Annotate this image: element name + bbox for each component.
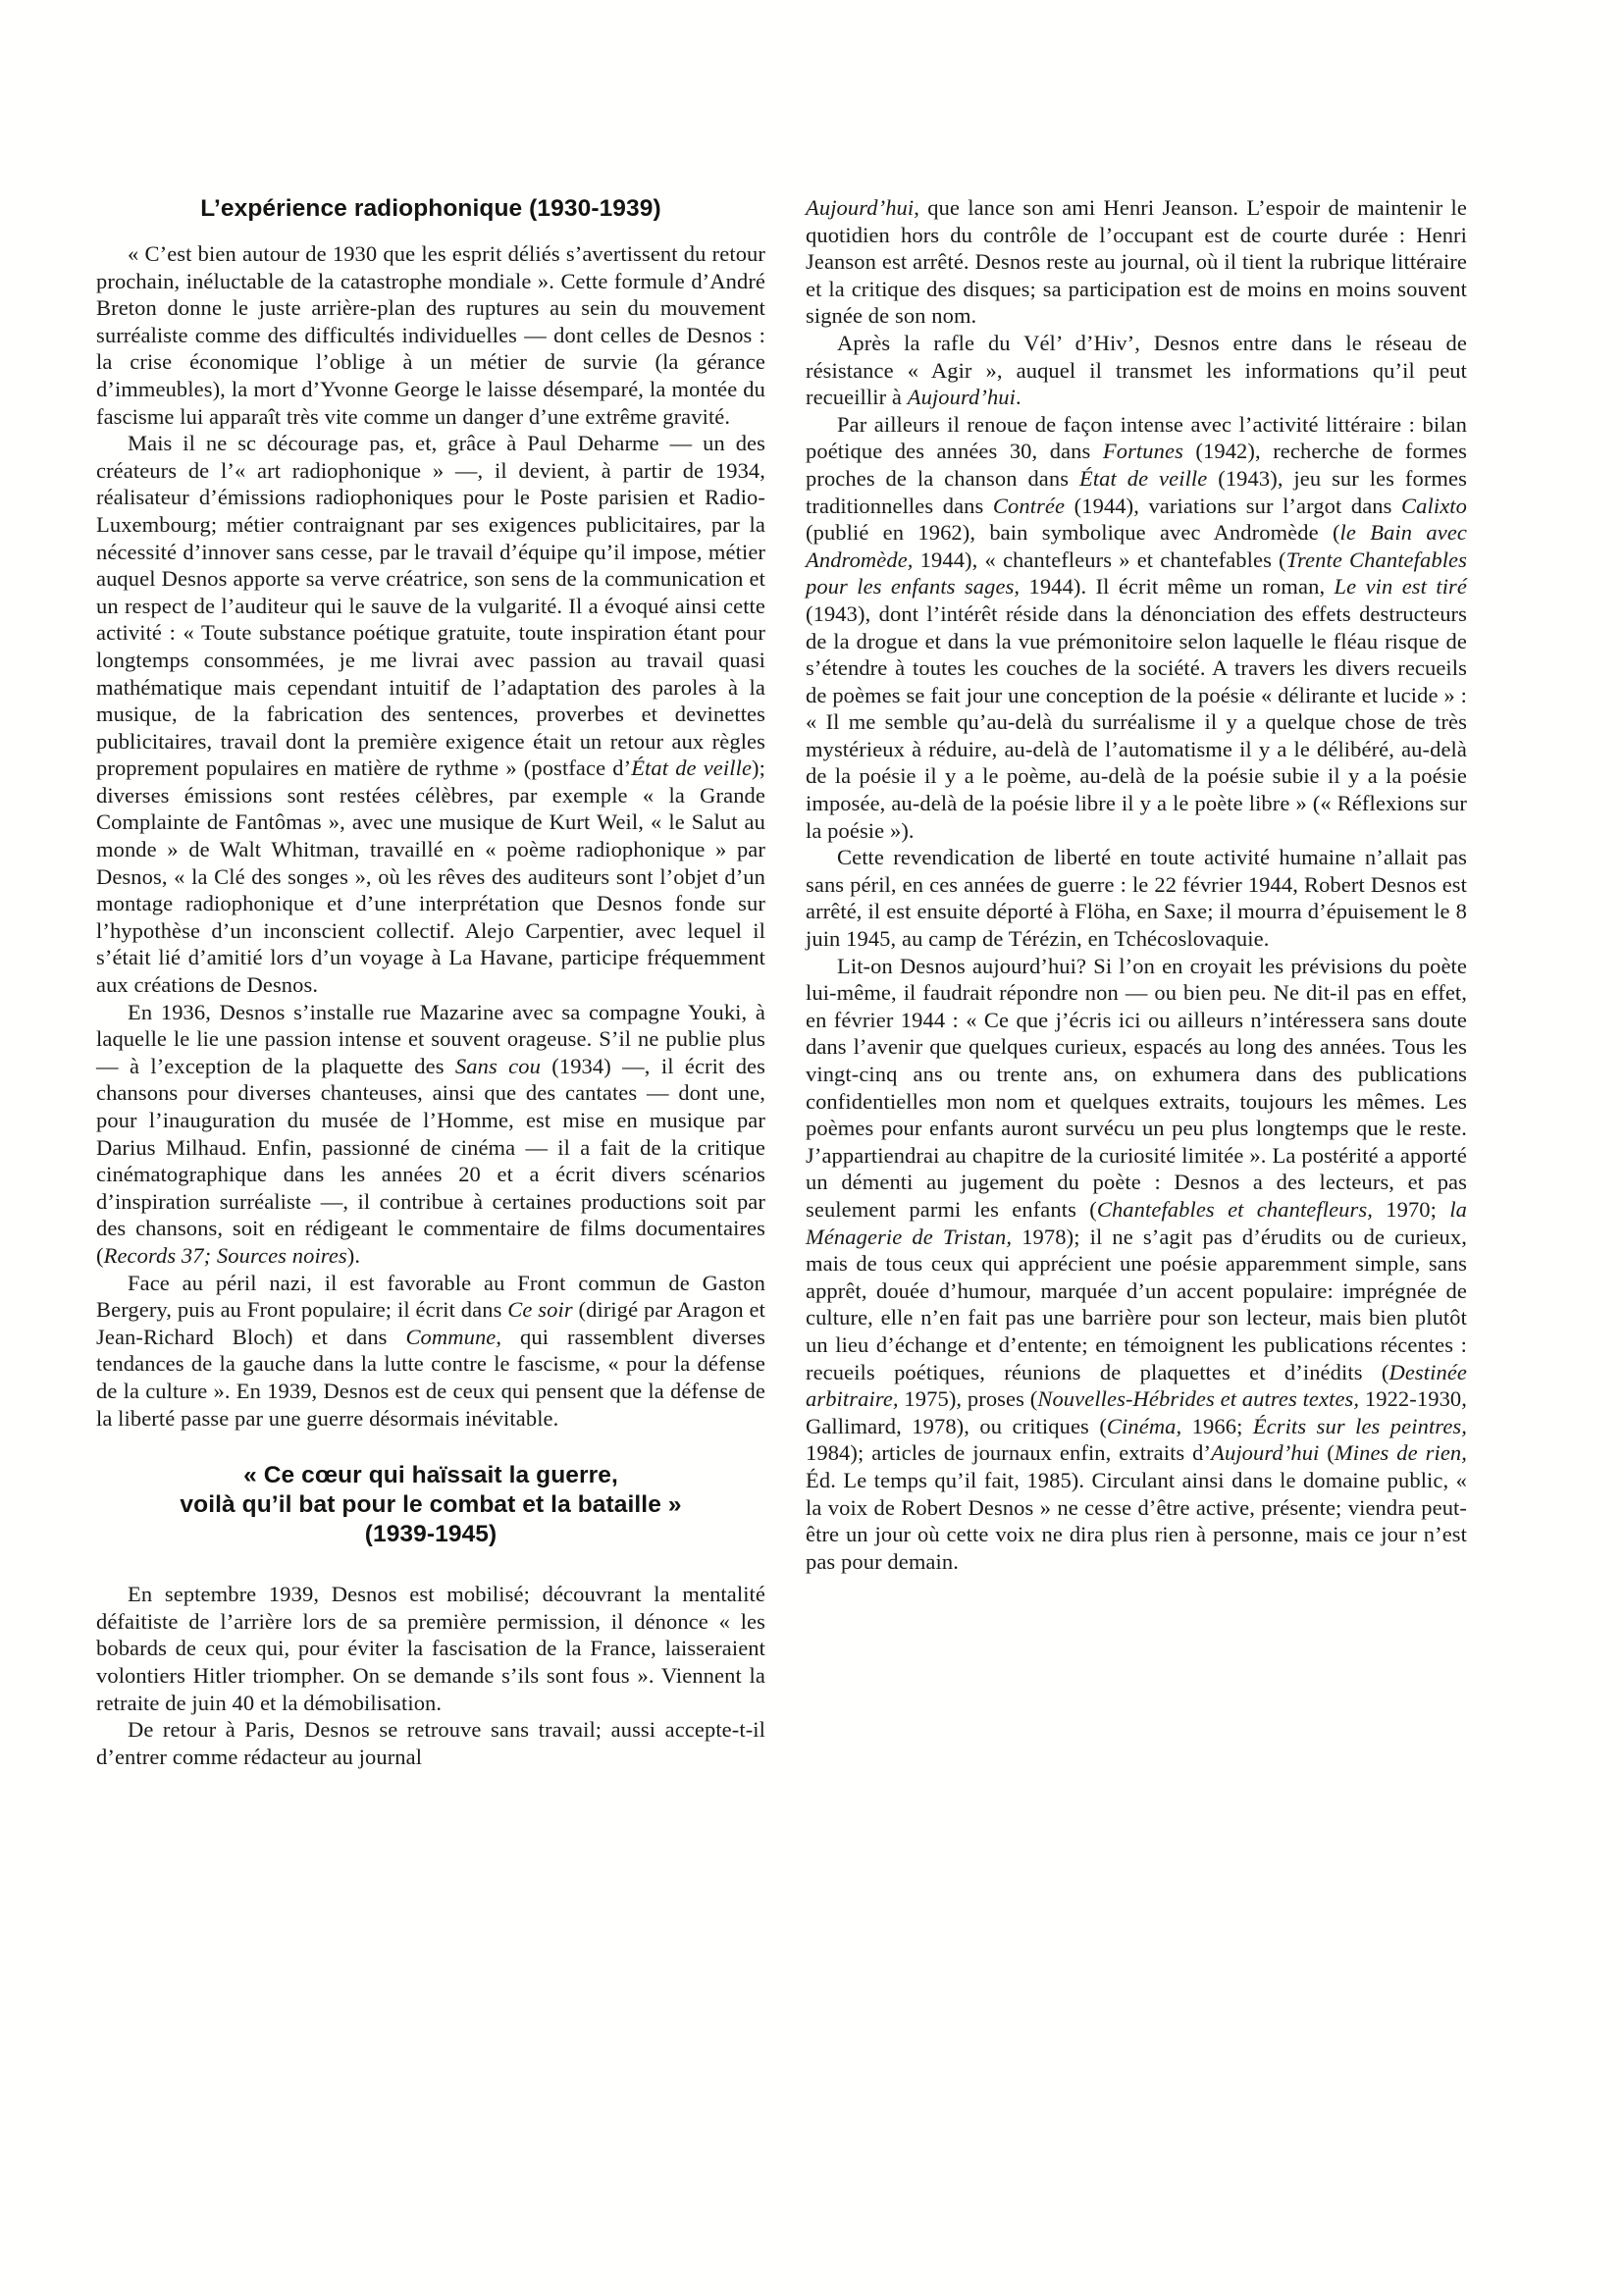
italic-work-title: Calixto [1401,494,1467,518]
paragraph: « C’est bien autour de 1930 que les espr… [96,240,765,430]
text-run: Éd. Le temps qu’il fait, 1985). Circulan… [806,1468,1467,1574]
italic-work-title: Mines de rien, [1335,1440,1467,1465]
paragraph: Aujourd’hui, que lance son ami Henri Jea… [806,194,1467,330]
text-run: 1975), proses ( [899,1386,1038,1411]
text-run: . [1016,385,1022,409]
italic-work-title: Commune [405,1325,496,1349]
heading-line: L’expérience radiophonique (1930-1939) [200,195,660,222]
text-run: Après la rafle du Vél’ d’Hiv’, Desnos en… [806,331,1467,409]
paragraph: Par ailleurs il renoue de façon intense … [806,411,1467,845]
italic-work-title: Records 37; Sources noires [104,1243,347,1268]
text-run: « C’est bien autour de 1930 que les espr… [96,241,765,429]
text-run: En septembre 1939, Desnos est mobilisé; … [96,1582,765,1714]
text-run: 1970; [1373,1197,1449,1222]
text-run: 1944). Il écrit même un roman, [1020,574,1334,599]
text-run: Lit-on Desnos aujourd’hui? Si l’on en cr… [806,954,1467,1222]
heading-line: (1939-1945) [365,1521,498,1547]
paragraph: En septembre 1939, Desnos est mobilisé; … [96,1581,765,1716]
italic-work-title: Nouvelles-Hébrides et autres textes, [1037,1386,1359,1411]
right-column: Aujourd’hui, que lance son ami Henri Jea… [806,194,1467,1575]
section-heading: L’expérience radiophonique (1930-1939) [96,194,765,224]
text-run: ); diverses émissions sont restées célèb… [96,756,765,997]
italic-work-title: Le vin est tiré [1335,574,1467,599]
italic-work-title: Écrits sur les peintres, [1253,1414,1467,1438]
left-column: L’expérience radiophonique (1930-1939)« … [96,194,765,1770]
paragraph: Face au péril nazi, il est favorable au … [96,1270,765,1433]
section-heading: « Ce cœur qui haïssait la guerre,voilà q… [96,1461,765,1549]
paragraph: Après la rafle du Vél’ d’Hiv’, Desnos en… [806,330,1467,411]
heading-line: « Ce cœur qui haïssait la guerre, [243,1462,618,1488]
paragraph: Cette revendication de liberté en toute … [806,844,1467,952]
italic-work-title: État de veille [1079,466,1207,491]
text-run: ). [347,1243,360,1268]
italic-work-title: Ce soir [507,1297,572,1322]
text-run: (1943), dont l’intérêt réside dans la dé… [806,601,1467,843]
italic-work-title: État de veille [631,756,752,780]
document-page: L’expérience radiophonique (1930-1939)« … [0,0,1624,2295]
italic-work-title: Contrée [993,494,1065,518]
text-run: (1934) —, il écrit des chansons pour div… [96,1054,765,1268]
italic-work-title: Aujourd’hui [806,195,914,220]
italic-work-title: Sans cou [455,1054,541,1078]
text-run: 1966; [1181,1414,1253,1438]
paragraph: En 1936, Desnos s’installe rue Mazarine … [96,999,765,1270]
italic-work-title: Fortunes [1103,439,1183,463]
paragraph: De retour à Paris, Desnos se retrouve sa… [96,1716,765,1770]
heading-line: voilà qu’il bat pour le combat et la bat… [180,1491,681,1518]
text-run: Cette revendication de liberté en toute … [806,845,1467,951]
italic-work-title: Aujourd’hui [1211,1440,1319,1465]
paragraph: Mais il ne sc décourage pas, et, grâce à… [96,430,765,998]
text-run: (1944), variations sur l’argot dans [1065,494,1401,518]
text-run: Mais il ne sc décourage pas, et, grâce à… [96,431,765,780]
italic-work-title: Cinéma, [1107,1414,1181,1438]
text-run: (publié en 1962), bain symbolique avec A… [806,520,1340,545]
text-run: 1984); articles de journaux enfin, extra… [806,1440,1211,1465]
text-run: 1944), « chantefleurs » et chantefables … [914,548,1286,572]
text-run: De retour à Paris, Desnos se retrouve sa… [96,1717,765,1769]
paragraph: Lit-on Desnos aujourd’hui? Si l’on en cr… [806,953,1467,1576]
text-run: ( [1319,1440,1335,1465]
italic-work-title: Chantefables et chantefleurs, [1097,1197,1373,1222]
italic-work-title: Aujourd’hui [908,385,1016,409]
